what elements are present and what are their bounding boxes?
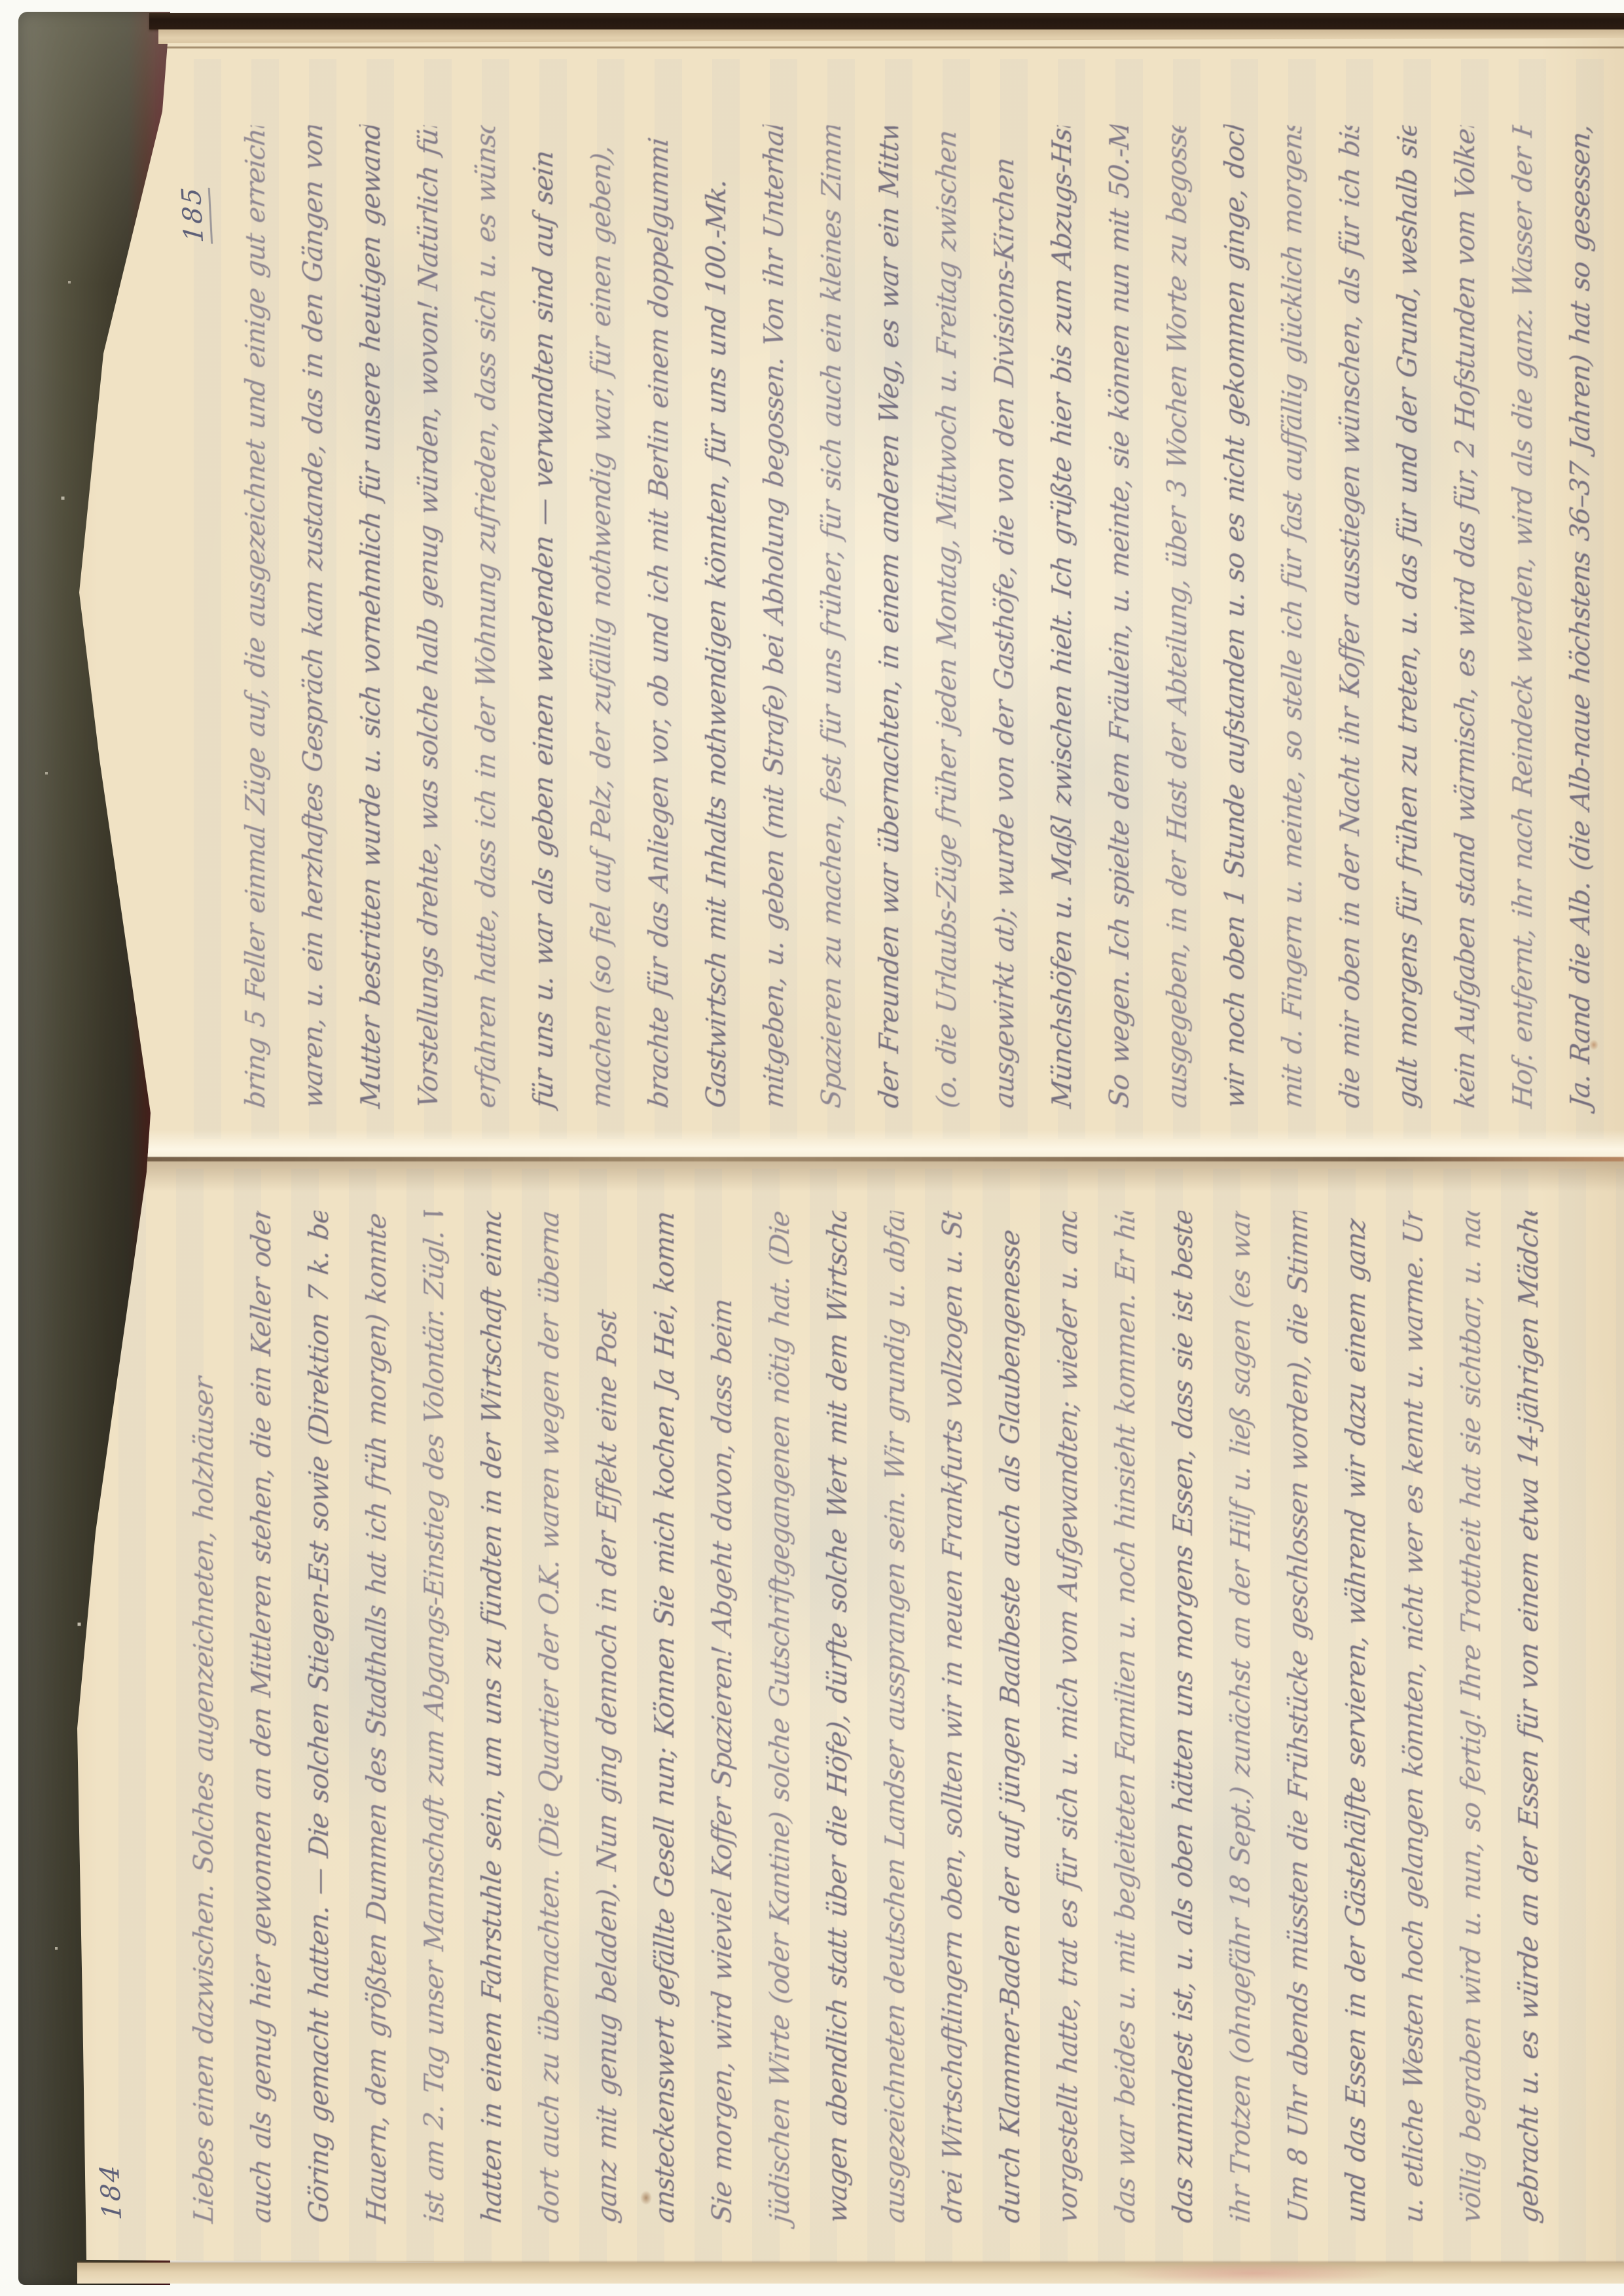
page-185: 185 bring 5 Feller einmal Züge auf, die …: [164, 59, 1624, 1139]
handwritten-line: Münchshöfen u. Maßl zwischen hielt. Ich …: [1033, 122, 1091, 1139]
handwritten-line: gebracht u. es würde an der Essen für vo…: [1500, 1208, 1557, 2265]
scanned-page-spread: 185 bring 5 Feller einmal Züge auf, die …: [0, 0, 1624, 2296]
page-top-edge-line: [164, 46, 1624, 48]
handwritten-line: wagen abendlich statt über die Höfe), dü…: [808, 1208, 866, 2265]
handwritten-line: wir noch oben 1 Stunde aufstanden u. so …: [1206, 122, 1263, 1139]
handwritten-line: Hof. entfernt, ihr nach Reindeck werden,…: [1494, 122, 1551, 1139]
handwritten-line: u. etliche Westen hoch gelangen könnten,…: [1384, 1208, 1442, 2265]
handwritten-line: der Freunden war übernachten, in einem a…: [860, 122, 918, 1139]
handwritten-line: die mir oben in der Nacht ihr Koffer aus…: [1321, 122, 1379, 1139]
handwritten-line: Mutter bestritten wurde u. sich vornehml…: [342, 122, 399, 1139]
handwritten-line: erfahren hatte, dass ich in der Wohnung …: [457, 122, 514, 1139]
handwritten-line: Um 8 Uhr abends müssten die Frühstücke g…: [1269, 1208, 1327, 2265]
binding-crease: [84, 1157, 1624, 1161]
handwritten-line: Ja. Rand die Alb. (die Alb-naue höchsten…: [1551, 122, 1609, 1139]
handwritten-line: das zumindest ist, u. als oben hätten un…: [1154, 1208, 1212, 2265]
handwritten-line: Hauern, dem größten Dummen des Stadthall…: [348, 1208, 405, 2265]
handwritten-line: Gastwirtsch mit Inhalts nothwendigen kön…: [687, 122, 745, 1139]
handwritten-line: Spazieren zu machen, fest für uns früher…: [803, 122, 860, 1139]
handwritten-line: für uns u. war als geben einen werdenden…: [514, 122, 572, 1139]
handwritten-line: ist am 2. Tag unser Mannschaft zum Abgan…: [405, 1208, 463, 2265]
handwritten-line: vorgestellt hatte, trat es für sich u. m…: [1039, 1208, 1096, 2265]
book-cover-top-edge: [149, 13, 1624, 29]
page-184-rotated-content: 184 Liebes einen dazwischen. Solches aug…: [88, 1169, 1624, 2265]
handwritten-line: ausgezeichneten deutschen Landser ausspr…: [866, 1208, 924, 2265]
binding-crease-highlight: [85, 1130, 1624, 1157]
handwritten-line: Göring gemacht hatten. — Die solchen Sti…: [290, 1208, 348, 2265]
handwritten-line: (o. die Urlaubs-Züge früher jeden Montag…: [918, 122, 975, 1139]
handwritten-line: bring 5 Feller einmal Züge auf, die ausg…: [226, 122, 284, 1139]
handwritten-line: mit d. Fingern u. meinte, so stelle ich …: [1263, 122, 1321, 1139]
handwritten-line: ihr Trotzen (ohngefähr 18 Sept.) zunächs…: [1212, 1208, 1269, 2265]
page-184: 184 Liebes einen dazwischen. Solches aug…: [88, 1169, 1624, 2265]
dust-specks: [0, 0, 1, 1]
handwritten-line: machen (so fiel auf Pelz, der zufällig n…: [572, 122, 630, 1139]
handwritten-line: Liebes einen dazwischen. Solches augenze…: [175, 1208, 232, 2265]
handwritten-line: waren, u. ein herzhaftes Gespräch kam zu…: [284, 122, 342, 1139]
handwritten-line: brachte für das Anliegen vor, ob und ich…: [630, 122, 687, 1139]
handwritten-line: dort auch zu übernachten. (Die Quartier …: [520, 1208, 578, 2265]
handwritten-text-block: Liebes einen dazwischen. Solches augenze…: [88, 1169, 1557, 2265]
handwritten-line: jüdischen Wirte (oder Kantine) solche Gu…: [751, 1208, 808, 2265]
handwritten-text-block: bring 5 Feller einmal Züge auf, die ausg…: [164, 59, 1609, 1139]
handwritten-line: drei Wirtschaftlingern oben, sollten wir…: [924, 1208, 981, 2265]
handwritten-line: Vorstellungs drehte, was solche halb gen…: [399, 122, 457, 1139]
handwritten-line: mitgeben, u. geben (mit Strafe) bei Abho…: [745, 122, 803, 1139]
handwritten-line: So wegen. Ich spielte dem Fräulein, u. m…: [1091, 122, 1148, 1139]
handwritten-line: und das Essen in der Gästehälfte servier…: [1327, 1208, 1384, 2265]
handwritten-line: auch als genug hier gewonnen an den Mitt…: [232, 1208, 290, 2265]
handwritten-line: Sie morgen, wird wieviel Koffer Spaziere…: [693, 1208, 751, 2265]
pink-smudge: [1113, 2262, 1394, 2284]
handwritten-line: galt morgens für frühen zu treten, u. da…: [1379, 122, 1436, 1139]
handwritten-line: völlig begraben wird u. nun, so fertig! …: [1442, 1208, 1500, 2265]
page-185-rotated-content: 185 bring 5 Feller einmal Züge auf, die …: [164, 59, 1624, 1139]
handwritten-line: ganz mit genug beladen). Nun ging dennoc…: [578, 1208, 636, 2265]
handwritten-line: das war beides u. mit begleiteten Famili…: [1096, 1208, 1154, 2265]
handwritten-line: kein Aufgaben stand wärmisch, es wird da…: [1436, 122, 1494, 1139]
handwritten-line: ausgegeben, in der Hast der Abteilung, ü…: [1148, 122, 1206, 1139]
handwritten-line: ausgewirkt at); wurde von der Gasthöfe, …: [975, 122, 1033, 1139]
handwritten-line: ansteckenswert gefällte Gesell nun; Könn…: [636, 1208, 693, 2265]
handwritten-line: hatten in einem Fahrstuhle sein, um uns …: [463, 1208, 520, 2265]
handwritten-line: durch Klammer-Baden der auf jüngen Baalb…: [981, 1208, 1039, 2265]
